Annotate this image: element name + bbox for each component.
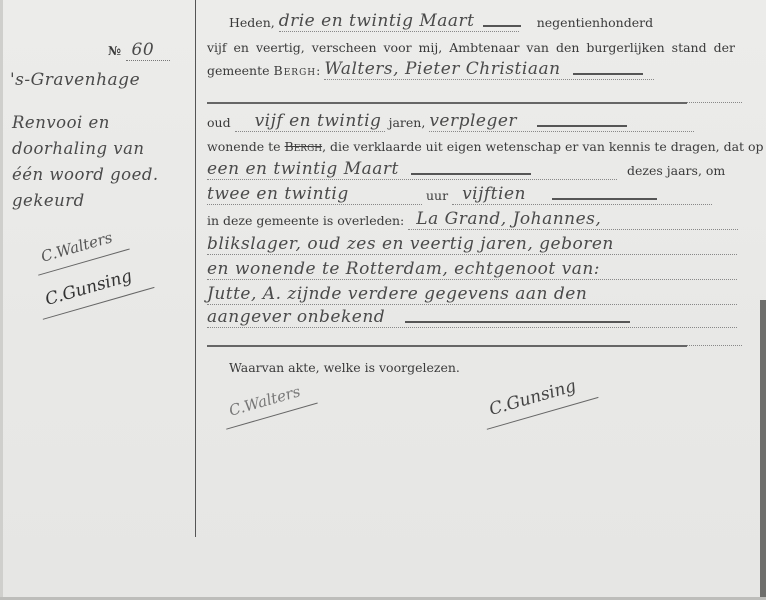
number-value: 60 bbox=[126, 40, 171, 61]
struck-municipality: Bergh bbox=[285, 139, 323, 156]
field-hour: twee en twintig bbox=[207, 184, 422, 205]
field-death-date: een en twintig Maart bbox=[207, 159, 617, 180]
field-details-1: blikslager, oud zes en veertig jaren, ge… bbox=[207, 234, 737, 255]
label-overleden: in deze gemeente is overleden: bbox=[207, 213, 404, 230]
label-wonende-te: wonende te bbox=[207, 139, 281, 156]
form-line-date: Heden, drie en twintig Maart negentienho… bbox=[207, 12, 742, 32]
deceased-details-2: en wonende te Rotterdam, echtgenoot van: bbox=[207, 259, 600, 279]
declarant-age: vijf en twintig bbox=[255, 111, 382, 131]
death-hour: twee en twintig bbox=[207, 184, 349, 204]
form-line-deceased: in deze gemeente is overleden: La Grand,… bbox=[207, 210, 742, 230]
field-details-2: en wonende te Rotterdam, echtgenoot van: bbox=[207, 259, 737, 280]
signature-official: C.Gunsing bbox=[487, 376, 578, 420]
page-right-edge bbox=[760, 300, 766, 600]
deceased-details-1: blikslager, oud zes en veertig jaren, ge… bbox=[207, 234, 614, 254]
form-line-residence: wonende te Bergh , die verklaarde uit ei… bbox=[207, 136, 742, 156]
number-label: № bbox=[108, 44, 121, 58]
closing-rule bbox=[207, 345, 687, 347]
deceased-details-4: aangever onbekend bbox=[207, 307, 385, 327]
margin-signature-gunsing: C.Gunsing bbox=[43, 266, 134, 310]
form-line-death-time: twee en twintig uur vijftien bbox=[207, 185, 742, 205]
death-minutes: vijftien bbox=[462, 184, 526, 204]
closing-rule-dots bbox=[687, 344, 742, 346]
signature-declarant: C.Walters bbox=[227, 382, 302, 420]
text-declaration: , die verklaarde uit eigen wetenschap er… bbox=[322, 139, 763, 156]
declarant-occupation: verpleger bbox=[429, 111, 517, 131]
form-line-details-4: aangever onbekend bbox=[207, 308, 742, 328]
form-line-declarant: gemeente Bergh : Walters, Pieter Christi… bbox=[207, 60, 742, 80]
form-line-death-date: een en twintig Maart dezes jaars, om bbox=[207, 160, 742, 180]
annotation-line: doorhaling van bbox=[12, 136, 192, 162]
field-date: drie en twintig Maart bbox=[279, 11, 519, 32]
margin-annotation: Renvooi en doorhaling van één woord goed… bbox=[12, 110, 192, 214]
form-line-details-3: Jutte, A. zijnde verdere gegevens aan de… bbox=[207, 285, 742, 305]
margin-divider-line bbox=[195, 0, 196, 537]
field-declarant-name: Walters, Pieter Christiaan bbox=[324, 59, 654, 80]
form-line-closing: Waarvan akte, welke is voorgelezen. bbox=[207, 357, 742, 377]
label-gemeente: gemeente bbox=[207, 63, 270, 80]
annotation-line: gekeurd bbox=[12, 188, 192, 214]
record-number: № 60 bbox=[108, 40, 170, 60]
label-jaren: jaren, bbox=[389, 115, 426, 132]
form-line-age-occupation: oud vijf en twintig jaren, verpleger bbox=[207, 112, 742, 132]
form-line-details-1: blikslager, oud zes en veertig jaren, ge… bbox=[207, 235, 742, 255]
deceased-details-3: Jutte, A. zijnde verdere gegevens aan de… bbox=[207, 284, 587, 304]
label-negentienhonderd: negentienhonderd bbox=[537, 15, 653, 32]
label-oud: oud bbox=[207, 115, 231, 132]
death-date: een en twintig Maart bbox=[207, 159, 399, 179]
field-minutes: vijftien bbox=[452, 184, 712, 205]
field-details-3: Jutte, A. zijnde verdere gegevens aan de… bbox=[207, 284, 737, 305]
colon: : bbox=[316, 63, 320, 80]
field-details-4: aangever onbekend bbox=[207, 307, 737, 328]
label-uur: uur bbox=[426, 188, 448, 205]
form-line-details-2: en wonende te Rotterdam, echtgenoot van: bbox=[207, 260, 742, 280]
annotation-line: Renvooi en bbox=[12, 110, 192, 136]
blank-line-rule bbox=[207, 102, 687, 104]
margin-signature-walters: C.Walters bbox=[39, 228, 114, 266]
label-heden: Heden, bbox=[229, 15, 275, 32]
form-line-year: vijf en veertig, verscheen voor mij, Amb… bbox=[207, 37, 742, 57]
closing-text: Waarvan akte, welke is voorgelezen. bbox=[229, 360, 460, 377]
deceased-name: La Grand, Johannes, bbox=[416, 209, 601, 229]
label-dezes-jaars: dezes jaars, om bbox=[627, 163, 725, 180]
date-value: drie en twintig Maart bbox=[279, 11, 475, 31]
annotation-line: één woord goed. bbox=[12, 162, 192, 188]
municipality-name: Bergh bbox=[274, 63, 317, 80]
text-year-official: vijf en veertig, verscheen voor mij, Amb… bbox=[207, 40, 735, 57]
field-occupation: verpleger bbox=[429, 111, 694, 132]
document-page: № 60 's-Gravenhage Renvooi en doorhaling… bbox=[0, 0, 766, 600]
page-left-edge bbox=[0, 0, 3, 600]
declarant-name: Walters, Pieter Christiaan bbox=[324, 59, 560, 79]
field-deceased-name: La Grand, Johannes, bbox=[408, 209, 738, 230]
margin-place: 's-Gravenhage bbox=[10, 70, 140, 90]
blank-line-dots bbox=[687, 101, 742, 103]
field-declarant-age: vijf en twintig bbox=[235, 111, 385, 132]
